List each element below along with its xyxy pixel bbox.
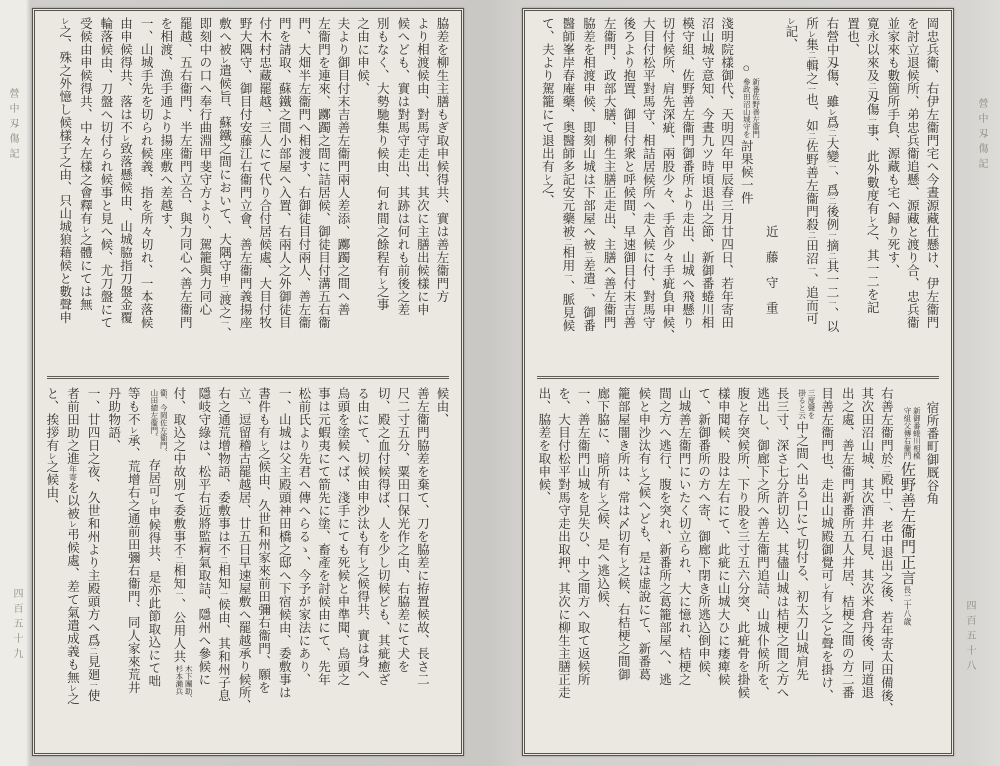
kaeriten-or-small-note: 二 (807, 51, 816, 59)
text-column: 置也、 (842, 17, 862, 369)
kaeriten-or-small-note: 二 (807, 132, 816, 140)
text-column: 新御番蜷川相模守組父傳右衞門佐野善左衞門正言長二十八歳 (896, 387, 921, 739)
text-column: 一、善左衞門山城を見失ひ、中之間方へ取て返候所 (573, 387, 593, 739)
text-column: 付木村忠藏罷越、三人にて代り合付居候處、大目付牧 (254, 17, 274, 369)
register-divider-rule (537, 376, 939, 379)
kaeriten-or-small-note: 一 (220, 319, 229, 327)
kaeriten-or-small-note: 二 (868, 82, 877, 90)
kaeriten-or-small-note: レ (823, 603, 832, 611)
kaeriten-or-small-note: 一 (219, 590, 228, 598)
kaeriten-or-small-note: 二 (828, 197, 837, 205)
text-column: 籠部屋闇き所は、常は〆切有レ之候、右桔梗之間御 (613, 387, 634, 739)
kaeriten-or-small-note: 一 (175, 590, 184, 598)
kaeriten-or-small-note: レ (69, 520, 78, 528)
kaeriten-or-small-note: 二 (807, 231, 816, 239)
page-body: 脇差を柳生主膳もぎ取申候得共、實は善左衞門方より相渡候由、對馬守走出、其次に主膳… (45, 17, 451, 747)
register-divider-rule (47, 376, 449, 379)
kaeriten-or-small-note: レ (619, 556, 628, 564)
text-column: 門、大畑半左衞門へ相渡す、右御徒目付兩人、善左衞 (293, 17, 313, 369)
page-number-left: 四百五十九 (9, 588, 24, 663)
kaeriten-or-small-note: レ (150, 498, 159, 506)
kaeriten-or-small-note: 二 (828, 129, 837, 137)
text-column: 逃出し、御廊下之所へ善左衞門追詰、山城仆候所を、 (752, 387, 772, 739)
kaeriten-or-small-note: 二 (564, 238, 573, 246)
kaeriten-or-small-note: レ (359, 556, 368, 564)
kaeriten-or-small-note: レ (220, 56, 229, 64)
text-column: を相渡、漁手通より揚座敷へ差越す、 (155, 17, 175, 369)
kaeriten-or-small-note: レ (69, 684, 78, 692)
kaeriten-or-small-note: 二 (828, 252, 837, 260)
text-column: 尺二寸五分、粟田口保光作之由、右脇差にて犬を (392, 387, 412, 739)
text-column: 間之方へ逃行、腹を突れ、新番所之葛籠部屋へ、逃 (654, 387, 674, 739)
text-column: ○新番佐野善左衞門參政田沼山城守を討果候一件 (736, 17, 761, 369)
text-column: 後ろより抱置、御目付衆と呼候間、早速御目付末吉善 (618, 17, 638, 369)
kaeriten-or-small-note: 二 (175, 556, 184, 564)
text-column: 右營中刄傷、雖レ爲二大變一、爲二後例一摘二其一二一、以 (821, 17, 842, 369)
text-column: 左衞門を連來、躑躅之間に詰居候、御徒目付溝五右衞 (313, 17, 333, 369)
text-column: て、新御番所の方へ寄、御廊下閉き所逃込倒申候、 (693, 387, 713, 739)
text-column: 廊下脇に、暗所有レ之候、是へ逃込候、 (592, 387, 613, 739)
text-column: 受候由申候得共、中々左樣之會釋有レ之體にては無 (75, 17, 96, 369)
text-column: 之由に申候、 (352, 17, 372, 369)
kaeriten-or-small-note: 一 (828, 231, 837, 239)
kaeriten-or-small-note: 年寄 (69, 465, 78, 481)
text-column: 三度聲を掛ると云中之間へ出る口にて切付る、初太刀山城肩先 (791, 387, 816, 739)
kaeriten-or-small-note: レ (122, 134, 131, 142)
text-column: 樣申聞候、股は左右にて、此疵に山城大ひに痿痺候 (713, 387, 733, 739)
warichu-inline-note: 新御番蜷川相模守組父傳右衞門 (903, 407, 922, 460)
book-page-left: 脇差を柳生主膳もぎ取申候得共、實は善左衞門方より相渡候由、對馬守走出、其次に主膳… (32, 8, 464, 756)
text-column: 宿所番町御厩谷角 (921, 387, 941, 739)
text-column: 淺明院樣御代、天明四年甲辰春三月廿四日、若年寄田 (716, 17, 736, 369)
kaeriten-or-small-note: レ (868, 215, 877, 223)
kaeriten-or-small-note: レ (81, 225, 90, 233)
text-column: 付、取込之中故別て委敷事不二相知一、公用人共木下團助、杉本瀨兵 (168, 387, 193, 739)
text-column: 右善左衞門於二殿中一、老中退出之後、若年寄太田備後、 (876, 387, 897, 739)
running-title-right: 營中刄傷記 (974, 98, 989, 173)
kaeriten-or-small-note: レ (823, 582, 832, 590)
kaeriten-or-small-note: 二 (882, 465, 891, 473)
text-column: 候と申沙汰有レ之候へども、是は虚說にて、新番葛 (633, 387, 654, 739)
text-register-bottom: 候由、善左衞門脇差を棄て、刀を脇差に拵置候故、長さ二尺二寸五分、粟田口保光作之由… (45, 387, 451, 739)
text-column: 即刻中の口へ奉行曲淵甲斐守方より、駕籠與力同心 (194, 17, 214, 369)
scanned-book-spread: { "margins": { "left_title": "營中刄傷記", "l… (0, 0, 1000, 766)
text-column: 近藤守重 (761, 17, 781, 369)
text-column: 脇差を柳生主膳もぎ取申候得共、實は善左衞門方 (431, 17, 451, 369)
text-column: て、夫より駕籠にて退出有レ之、 (537, 17, 558, 369)
page-number-right: 四百五十八 (962, 600, 977, 675)
text-column: 脇差を相渡申候、即刻山城は下部屋へ被二差遣一、御番 (578, 17, 599, 369)
text-column: 出、脇差を取申候、 (535, 387, 553, 739)
kaeriten-or-small-note: 一 (868, 116, 877, 124)
text-column: 夫より御目付末吉善左衞門兩人差添、躑躅之間へ善 (332, 17, 352, 369)
text-register-bottom: 宿所番町御厩谷角新御番蜷川相模守組父傳右衞門佐野善左衞門正言長二十八歳右善左衞門… (535, 387, 941, 739)
kaeriten-or-small-note: レ (828, 108, 837, 116)
kaeriten-or-small-note: レ (807, 30, 816, 38)
kaeriten-or-small-note: 一 (828, 163, 837, 171)
text-column: 沼山城守意知、今晝九ツ時頃退出之節、新御番蜷川相 (696, 17, 716, 369)
text-column: 一、山城手先を切られ候義、指を所々切れ、一本落候 (136, 17, 156, 369)
text-column: 立、逗留稽古罷越居、廿五日早速屋敷へ罷越承り候所、 (233, 387, 253, 739)
kaeriten-or-small-note: 一 (828, 299, 837, 307)
text-column: 寛永以來及二刄傷一事、此外數度有レ之、其一二を記 (862, 17, 883, 369)
text-column: を、大目付松平對馬守走出取押、其次に柳生主膳正走 (553, 387, 573, 739)
kaeriten-or-small-note: 二 (89, 647, 98, 655)
kaeriten-or-small-note: 二 (220, 285, 229, 293)
page-body: 岡忠兵衞、右伊左衞門宅へ今晝源藏仕懸け、伊左衞門を討立退候所、弟忠兵衞追懸、源藏… (535, 17, 941, 747)
text-column: 書件も有レ之候由、久世和州家來前田彌右衞門、願を (253, 387, 274, 739)
text-column: 別もなく、大勢馳集り候由、何れ間之餘程有レ之事 (372, 17, 393, 369)
kaeriten-or-small-note: レ (48, 452, 57, 460)
kaeriten-or-small-note: レ (787, 17, 796, 25)
text-register-top: 岡忠兵衞、右伊左衞門宅へ今晝源藏仕懸け、伊左衞門を討立退候所、弟忠兵衞追懸、源藏… (535, 17, 941, 369)
text-column: 一、廿四日之夜、久世和州より主殿頭方へ爲二見廻一使 (83, 387, 104, 739)
kaeriten-or-small-note: 一 (89, 681, 98, 689)
running-title-left: 營中刄傷記 (5, 88, 20, 163)
text-column: 等も不レ承、荒增右之通前田彌右衞門、同人家來荒井 (123, 387, 144, 739)
kaeriten-or-small-note: 二 (585, 251, 594, 259)
book-page-right: 岡忠兵衞、右伊左衞門宅へ今晝源藏仕懸け、伊左衞門を討立退候所、弟忠兵衞追懸、源藏… (522, 8, 954, 756)
text-column: 長三寸、深さ七分許切込、其儘山城は桔梗之間之方へ (771, 387, 791, 739)
text-column: 大目付松平對馬守、相詰居候所へ走入候に付、對馬守 (638, 17, 658, 369)
text-column: 切付候所、肩先深疵、兩股少々、手首少々手疵負申候、 (657, 17, 677, 369)
text-column: 右之通荒增物語、委敷事は不二相知一候由、其和州子息 (213, 387, 234, 739)
text-column: 腹と存突候所、下り股を三寸五六分突、此疵骨を掛候 (732, 387, 752, 739)
text-column: 敷へ被レ遣候旨、蘇鐵之間において、大隅守申二渡之一、 (214, 17, 235, 369)
warichu-inline-note: 三度聲を掛ると云 (797, 389, 816, 419)
text-column: 岡忠兵衞、右伊左衞門宅へ今晝源藏仕懸け、伊左衞門 (921, 17, 941, 369)
text-column: 其次田沼山城、其次酒井石見、其次米倉丹後、同道退 (856, 387, 876, 739)
text-column: 事は元蝦夷にて箭先に塗、畜產を討候由にて、先年 (313, 387, 333, 739)
kaeriten-or-small-note: レ (378, 277, 387, 285)
kaeriten-or-small-note: レ (599, 491, 608, 499)
text-column: 丹助物語、 (103, 387, 123, 739)
text-column: 輪落候由、刀盤へ切付られ候事と見へ候、尤刀盤にて (95, 17, 115, 369)
text-column: 一、山城は父主殿頭神田橋之邸へ下宿候由、委敷事は (274, 387, 294, 739)
warichu-inline-note: 新番佐野善左衞門參政田沼山城守を (742, 78, 761, 138)
text-column: 左衞門、政部大膳、柳生主膳正走出、主膳へ善左衞門 (599, 17, 619, 369)
text-column: 野大隅守、御目付安藤江右衞門立會、善左衞門義揚座 (234, 17, 254, 369)
kaeriten-or-small-note: 一 (564, 272, 573, 280)
kaeriten-or-small-note: 二 (219, 556, 228, 564)
text-column: 切、殿之血付候得ば、人を少し切候ども、其疵癒ざ (373, 387, 393, 739)
text-column: を討立退候所、弟忠兵衞追懸、源藏と渡り合、忠兵衞 (902, 17, 922, 369)
kaeriten-or-small-note: レ (129, 426, 138, 434)
text-column: レ之、殊之外憶し候樣子之由、只山城狼藉候と數聲申 (54, 17, 75, 369)
text-column: 候へども、實は對馬守走出、其跡は何れも前後之差 (392, 17, 412, 369)
kaeriten-or-small-note: 一 (882, 499, 891, 507)
text-column: 由申候得共、落は不レ致落懸候由、山城脇指刀盤金覆 (115, 17, 136, 369)
kaeriten-or-small-note: 一 (585, 285, 594, 293)
text-column: 所レ集二輯之一也、如二佐野善左衞門殺二田沼一、追而可 (801, 17, 822, 369)
text-column: 衞、今岡佐左衞門、山田總左衞門、存居可レ申候得共、是亦此節取込にて咄 (143, 387, 168, 739)
text-column: 罷越、五右衞門、半左衞門立合、與力同心へ善左衞門 (175, 17, 195, 369)
warichu-inline-note: 衞、今岡佐左衞門、山田總左衞門、 (149, 389, 168, 457)
text-column: 者前田助之進年寄を以被レ弔候處、差て氣遣成義も無レ之 (62, 387, 83, 739)
text-column: 烏頭を塗候へば、淺手にても死候と申準聞、烏頭之 (332, 387, 352, 739)
text-column: 並家來も數箇所手負、源藏も宅へ歸り死す、 (882, 17, 902, 369)
kaeriten-or-small-note: レ (260, 439, 269, 447)
text-column: 松前氏より先君へ傳へらるゝ、今予が家法にあり、 (293, 387, 313, 739)
kaeriten-or-small-note: レ (61, 17, 70, 25)
text-column: 山城善左衞門にいたく切立られ、大に憶れ、桔梗之 (673, 387, 693, 739)
text-register-top: 脇差を柳生主膳もぎ取申候得共、實は善左衞門方より相渡候由、對馬守走出、其次に主膳… (45, 17, 451, 369)
text-column: 出之處、善左衞門新番所五人井居、桔梗之間の方二番 (837, 387, 857, 739)
kaeriten-or-small-note: 一 (807, 85, 816, 93)
text-column: レ記、 (780, 17, 801, 369)
text-column: 模守組、佐野善左衞門御番所より走出、山城へ飛懸り (677, 17, 697, 369)
text-column: 候由、 (431, 387, 451, 739)
text-column: 醫師峯岸春庵藥、奥醫師多記安元藥被二相用一、脈見候 (557, 17, 578, 369)
text-column: より相渡候由、對馬守走出、其次に主膳出候樣に申 (412, 17, 432, 369)
text-column: と、挨拶有レ之候由、 (45, 387, 62, 739)
text-column: 隱岐守綠は、松平右近將監痾氣取詰、隱州へ參候に (193, 387, 213, 739)
kaeriten-or-small-note: レ (640, 465, 649, 473)
text-column: 目善左衞門也、走出山城殿御覺可レ有レ之と聲を掛け、 (816, 387, 837, 739)
kaeriten-or-small-note: 一 (807, 265, 816, 273)
warichu-inline-note: 木下團助、杉本瀨兵 (174, 665, 193, 703)
kaeriten-or-small-note: 長二十八歳 (903, 586, 912, 626)
text-column: 善左衞門脇差を棄て、刀を脇差に拵置候故、長さ二 (412, 387, 432, 739)
text-column: 門を請取、蘇鐵之間小部屋へ入置、右兩人之外御徒目 (274, 17, 294, 369)
text-column: る由にて、切候由申沙汰も有レ之候得共、實は身へ (352, 387, 373, 739)
kaeriten-or-small-note: レ (543, 173, 552, 181)
